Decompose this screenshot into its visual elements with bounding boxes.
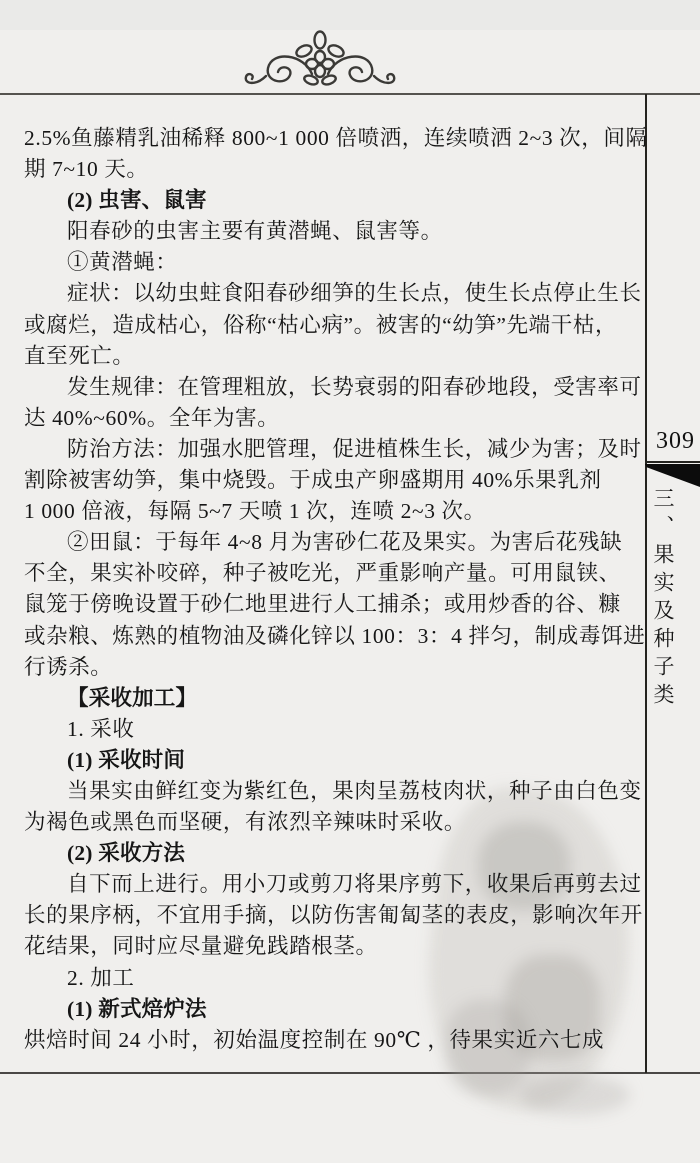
text-line: (2) 采收方法 bbox=[24, 838, 632, 869]
text-line: 花结果，同时应尽量避免践踏根茎。 bbox=[24, 931, 632, 962]
text-line: 鼠笼于傍晚设置于砂仁地里进行人工捕杀；或用炒香的谷、糠 bbox=[24, 589, 632, 620]
text-line: 为褐色或黑色而坚硬，有浓烈辛辣味时采收。 bbox=[24, 807, 632, 838]
body-text-column: 2.5%鱼藤精乳油稀释 800~1 000 倍喷洒，连续喷洒 2~3 次，间隔期… bbox=[24, 123, 632, 1056]
text-line: 1. 采收 bbox=[24, 714, 632, 745]
text-line: 烘焙时间 24 小时，初始温度控制在 90℃ ，待果实近六七成 bbox=[24, 1025, 632, 1056]
text-line: 长的果序柄，不宜用手摘，以防伤害匍匐茎的表皮，影响次年开 bbox=[24, 900, 632, 931]
text-line: 【采收加工】 bbox=[24, 683, 632, 714]
text-line: 1 000 倍液，每隔 5~7 天喷 1 次，连喷 2~3 次。 bbox=[24, 496, 632, 527]
watermark-blob bbox=[520, 1075, 630, 1115]
text-line: (1) 采收时间 bbox=[24, 745, 632, 776]
text-line: 行诱杀。 bbox=[24, 652, 632, 683]
text-line: 期 7~10 天。 bbox=[24, 154, 632, 185]
bottom-rule bbox=[0, 1072, 700, 1074]
text-line: ①黄潜蝇： bbox=[24, 247, 632, 278]
text-line: 或腐烂，造成枯心，俗称“枯心病”。被害的“幼笋”先端干枯， bbox=[24, 310, 632, 341]
page-number: 309 bbox=[651, 428, 700, 455]
top-rule bbox=[0, 93, 700, 95]
scan-shading bbox=[0, 0, 700, 30]
text-line: 或杂粮、炼熟的植物油及磷化锌以 100：3：4 拌匀，制成毒饵进 bbox=[24, 621, 632, 652]
chapter-tab-wedge bbox=[645, 464, 700, 487]
text-line: 当果实由鲜红变为紫红色，果肉呈荔枝肉状，种子由白色变 bbox=[24, 776, 632, 807]
text-line: 割除被害幼笋，集中烧毁。于成虫产卵盛期用 40%乐果乳剂 bbox=[24, 465, 632, 496]
text-line: 防治方法：加强水肥管理，促进植株生长，减少为害；及时 bbox=[24, 434, 632, 465]
book-page-scan: { "page": { "number": "309", "side_label… bbox=[0, 0, 700, 1163]
text-line: ②田鼠：于每年 4~8 月为害砂仁花及果实。为害后花残缺 bbox=[24, 527, 632, 558]
text-line: 达 40%~60%。全年为害。 bbox=[24, 403, 632, 434]
text-line: (1) 新式焙炉法 bbox=[24, 994, 632, 1025]
chapter-side-label: 三、果实及种子类 bbox=[648, 487, 678, 757]
text-line: 2. 加工 bbox=[24, 963, 632, 994]
text-line: (2) 虫害、鼠害 bbox=[24, 185, 632, 216]
text-line: 发生规律：在管理粗放，长势衰弱的阳春砂地段，受害率可 bbox=[24, 372, 632, 403]
text-line: 不全，果实补咬碎，种子被吃光，严重影响产量。可用鼠铗、 bbox=[24, 558, 632, 589]
text-line: 直至死亡。 bbox=[24, 341, 632, 372]
sidebar-vertical-rule bbox=[645, 94, 647, 1073]
text-line: 自下而上进行。用小刀或剪刀将果序剪下，收果后再剪去过 bbox=[24, 869, 632, 900]
sidebar-divider-rule bbox=[645, 461, 700, 463]
text-line: 症状：以幼虫蛀食阳春砂细笋的生长点，使生长点停止生长 bbox=[24, 278, 632, 309]
text-line: 阳春砂的虫害主要有黄潜蝇、鼠害等。 bbox=[24, 216, 632, 247]
flourish-ornament-icon bbox=[238, 30, 403, 92]
text-line: 2.5%鱼藤精乳油稀释 800~1 000 倍喷洒，连续喷洒 2~3 次，间隔 bbox=[24, 123, 632, 154]
